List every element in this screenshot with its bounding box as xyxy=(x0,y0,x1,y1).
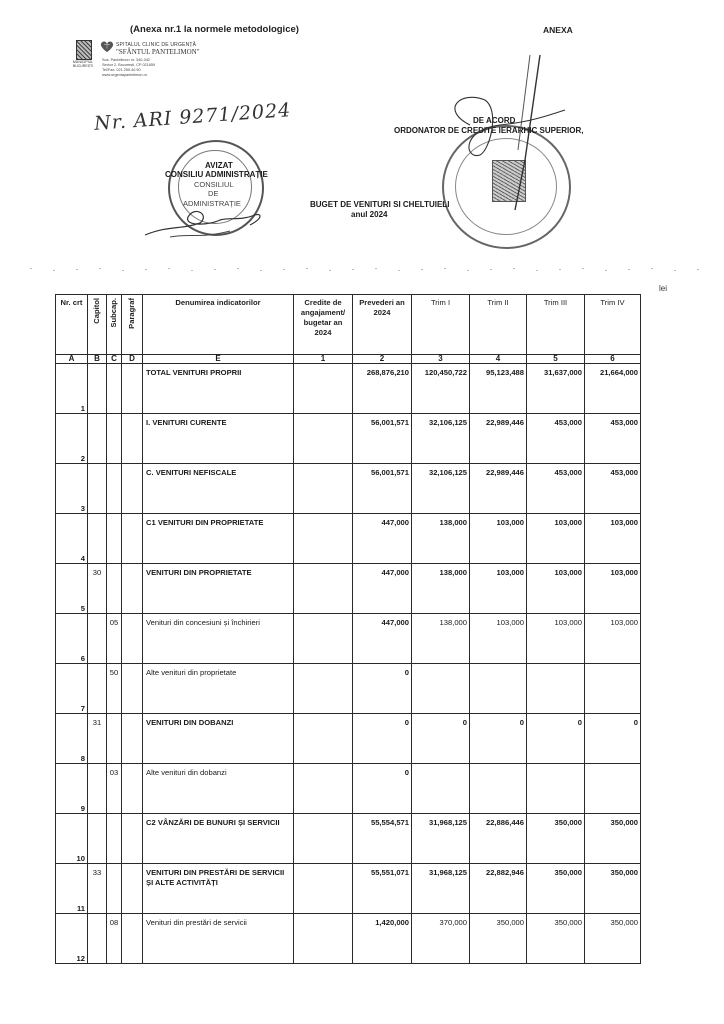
trim3-cell: 103,000 xyxy=(527,514,585,564)
prevederi-cell: 55,551,071 xyxy=(353,864,412,914)
trim2-cell: 95,123,488 xyxy=(470,364,527,414)
indicator-name: VENITURI DIN DOBANZI xyxy=(143,714,294,764)
credite-cell xyxy=(294,364,353,414)
stamp-avizat: AVIZAT xyxy=(205,161,233,170)
row-number: 8 xyxy=(56,714,88,764)
trim1-cell: 31,968,125 xyxy=(412,864,470,914)
scan-artifact xyxy=(168,268,170,269)
paragraf-cell xyxy=(122,414,143,464)
col-code: 3 xyxy=(412,355,470,364)
subcap-cell: 05 xyxy=(107,614,122,664)
crest-label: MUNICIPIUL BUCUREȘTI xyxy=(71,60,95,68)
paragraf-cell xyxy=(122,714,143,764)
credite-cell xyxy=(294,814,353,864)
table-row: 1133VENITURI DIN PRESTĂRI DE SERVICII ȘI… xyxy=(56,864,641,914)
trim4-cell: 103,000 xyxy=(585,564,641,614)
col-header-denumirea: Denumirea indicatorilor xyxy=(143,295,294,355)
trim1-cell xyxy=(412,664,470,714)
trim1-cell: 0 xyxy=(412,714,470,764)
prevederi-cell: 55,554,571 xyxy=(353,814,412,864)
paragraf-cell xyxy=(122,514,143,564)
credite-cell xyxy=(294,614,353,664)
scan-artifact xyxy=(99,268,101,269)
col-header-paragraf-label: Paragraf xyxy=(127,298,137,329)
row-number: 2 xyxy=(56,414,88,464)
col-header-subcap-label: Subcap. xyxy=(109,298,119,328)
table-row: 2I. VENITURI CURENTE56,001,57132,106,125… xyxy=(56,414,641,464)
trim4-cell: 103,000 xyxy=(585,514,641,564)
indicator-name: VENITURI DIN PRESTĂRI DE SERVICII ȘI ALT… xyxy=(143,864,294,914)
row-number: 10 xyxy=(56,814,88,864)
annex-note: (Anexa nr.1 la normele metodologice) xyxy=(130,24,299,35)
table-row: 1208Venituri din prestări de servicii1,4… xyxy=(56,914,641,964)
budget-title: BUGET DE VENITURI SI CHELTUIELI xyxy=(310,200,449,209)
credite-cell xyxy=(294,764,353,814)
paragraf-cell xyxy=(122,364,143,414)
col-code: E xyxy=(143,355,294,364)
scan-artifact xyxy=(651,268,653,269)
trim3-cell xyxy=(527,764,585,814)
trim1-cell: 31,968,125 xyxy=(412,814,470,864)
capitol-cell xyxy=(88,614,107,664)
coat-of-arms-icon xyxy=(76,40,92,60)
prevederi-cell: 0 xyxy=(353,664,412,714)
row-number: 5 xyxy=(56,564,88,614)
capitol-cell xyxy=(88,464,107,514)
signature-left-icon xyxy=(140,195,270,240)
trim2-cell: 103,000 xyxy=(470,614,527,664)
trim3-cell: 0 xyxy=(527,714,585,764)
trim1-cell: 32,106,125 xyxy=(412,414,470,464)
table-row: 530VENITURI DIN PROPRIETATE447,000138,00… xyxy=(56,564,641,614)
capitol-cell xyxy=(88,914,107,964)
row-number: 12 xyxy=(56,914,88,964)
subcap-cell: 50 xyxy=(107,664,122,714)
credite-cell xyxy=(294,464,353,514)
paragraf-cell xyxy=(122,864,143,914)
trim2-cell: 103,000 xyxy=(470,514,527,564)
col-code: A xyxy=(56,355,88,364)
credite-cell xyxy=(294,914,353,964)
subcap-cell xyxy=(107,864,122,914)
capitol-cell xyxy=(88,814,107,864)
col-header-capitol-label: Capitol xyxy=(92,298,102,324)
hospital-logo-icon xyxy=(100,40,114,53)
capitol-cell xyxy=(88,414,107,464)
paragraf-cell xyxy=(122,914,143,964)
subcap-cell xyxy=(107,714,122,764)
scan-artifact xyxy=(628,269,630,270)
trim3-cell xyxy=(527,664,585,714)
trim2-cell: 22,882,946 xyxy=(470,864,527,914)
prevederi-cell: 0 xyxy=(353,764,412,814)
row-number: 3 xyxy=(56,464,88,514)
indicator-name: Venituri din concesiuni și închirieri xyxy=(143,614,294,664)
row-number: 7 xyxy=(56,664,88,714)
indicator-name: VENITURI DIN PROPRIETATE xyxy=(143,564,294,614)
col-code: 2 xyxy=(353,355,412,364)
scan-artifact xyxy=(352,269,354,270)
scan-artifact xyxy=(306,268,308,269)
registration-number: Nr. ARI 9271/2024 xyxy=(93,99,291,135)
trim4-cell: 103,000 xyxy=(585,614,641,664)
table-row: 4C1 VENITURI DIN PROPRIETATE447,000138,0… xyxy=(56,514,641,564)
scan-artifact xyxy=(260,270,262,271)
capitol-cell: 31 xyxy=(88,714,107,764)
col-code: 6 xyxy=(585,355,641,364)
stamp-consiliul: CONSILIUL xyxy=(194,180,234,189)
prevederi-cell: 1,420,000 xyxy=(353,914,412,964)
col-header-capitol: Capitol xyxy=(88,295,107,355)
credite-cell xyxy=(294,414,353,464)
row-number: 11 xyxy=(56,864,88,914)
prevederi-cell: 447,000 xyxy=(353,514,412,564)
subcap-cell xyxy=(107,564,122,614)
credite-cell xyxy=(294,514,353,564)
col-header-prevederi: Prevederi an 2024 xyxy=(353,295,412,355)
trim3-cell: 453,000 xyxy=(527,414,585,464)
subcap-cell xyxy=(107,814,122,864)
trim2-cell: 22,989,446 xyxy=(470,414,527,464)
col-header-subcap: Subcap. xyxy=(107,295,122,355)
trim2-cell xyxy=(470,664,527,714)
trim4-cell xyxy=(585,764,641,814)
table-row: 10C2 VÂNZĂRI DE BUNURI ȘI SERVICII55,554… xyxy=(56,814,641,864)
indicator-name: C1 VENITURI DIN PROPRIETATE xyxy=(143,514,294,564)
scan-artifact xyxy=(444,268,446,269)
prevederi-cell: 447,000 xyxy=(353,614,412,664)
row-number: 1 xyxy=(56,364,88,414)
col-header-trim3: Trim III xyxy=(527,295,585,355)
scan-artifact xyxy=(421,269,423,270)
trim3-cell: 350,000 xyxy=(527,814,585,864)
col-header-trim4: Trim IV xyxy=(585,295,641,355)
trim1-cell: 120,450,722 xyxy=(412,364,470,414)
paragraf-cell xyxy=(122,664,143,714)
trim4-cell: 21,664,000 xyxy=(585,364,641,414)
scan-artifact xyxy=(375,268,377,269)
scan-artifact xyxy=(53,270,55,271)
subcap-cell: 08 xyxy=(107,914,122,964)
subcap-cell xyxy=(107,464,122,514)
trim3-cell: 350,000 xyxy=(527,864,585,914)
trim4-cell: 0 xyxy=(585,714,641,764)
stamp-consiliu-administratie: CONSILIU ADMINISTRAȚIE xyxy=(165,170,268,179)
indicator-name: Alte venituri din dobanzi xyxy=(143,764,294,814)
indicator-name: TOTAL VENITURI PROPRII xyxy=(143,364,294,414)
signature-right-icon xyxy=(440,30,570,215)
trim4-cell: 453,000 xyxy=(585,414,641,464)
prevederi-cell: 268,876,210 xyxy=(353,364,412,414)
capitol-cell: 33 xyxy=(88,864,107,914)
trim4-cell: 350,000 xyxy=(585,914,641,964)
scan-artifact xyxy=(145,269,147,270)
prevederi-cell: 56,001,571 xyxy=(353,464,412,514)
table-row: 3C. VENITURI NEFISCALE56,001,57132,106,1… xyxy=(56,464,641,514)
trim1-cell: 138,000 xyxy=(412,514,470,564)
scan-artifact xyxy=(674,270,676,271)
subcap-cell xyxy=(107,514,122,564)
trim2-cell: 22,886,446 xyxy=(470,814,527,864)
col-header-credite: Credite de angajament/ bugetar an 2024 xyxy=(294,295,353,355)
subcap-cell xyxy=(107,364,122,414)
capitol-cell xyxy=(88,514,107,564)
prevederi-cell: 0 xyxy=(353,714,412,764)
table-body: 1TOTAL VENITURI PROPRII268,876,210120,45… xyxy=(56,364,641,964)
scan-artifact xyxy=(513,268,515,269)
trim2-cell xyxy=(470,764,527,814)
paragraf-cell xyxy=(122,814,143,864)
capitol-cell xyxy=(88,764,107,814)
hospital-name-line2: "SFÂNTUL PANTELIMON" xyxy=(116,48,200,56)
scan-artifact xyxy=(283,269,285,270)
paragraf-cell xyxy=(122,464,143,514)
col-header-trim1: Trim I xyxy=(412,295,470,355)
col-header-trim2: Trim II xyxy=(470,295,527,355)
trim1-cell: 138,000 xyxy=(412,614,470,664)
indicator-name: C2 VÂNZĂRI DE BUNURI ȘI SERVICII xyxy=(143,814,294,864)
row-number: 9 xyxy=(56,764,88,814)
scan-artifact xyxy=(536,270,538,271)
scan-artifact xyxy=(214,269,216,270)
trim1-cell: 138,000 xyxy=(412,564,470,614)
hospital-address: Sos. Pantelimon nr. 340-342 Sector 2, Bu… xyxy=(102,58,155,78)
trim4-cell xyxy=(585,664,641,714)
prevederi-cell: 56,001,571 xyxy=(353,414,412,464)
trim3-cell: 103,000 xyxy=(527,614,585,664)
budget-table: Nr. crt Capitol Subcap. Paragraf Denumir… xyxy=(55,294,641,964)
subcap-cell: 03 xyxy=(107,764,122,814)
trim3-cell: 103,000 xyxy=(527,564,585,614)
prevederi-cell: 447,000 xyxy=(353,564,412,614)
col-code: C xyxy=(107,355,122,364)
trim3-cell: 350,000 xyxy=(527,914,585,964)
table-row: 1TOTAL VENITURI PROPRII268,876,210120,45… xyxy=(56,364,641,414)
trim4-cell: 350,000 xyxy=(585,864,641,914)
indicator-name: Alte venituri din proprietate xyxy=(143,664,294,714)
trim2-cell: 103,000 xyxy=(470,564,527,614)
credite-cell xyxy=(294,714,353,764)
address-line: www.urgentapantelimon.ro xyxy=(102,73,155,78)
subcap-cell xyxy=(107,414,122,464)
trim1-cell xyxy=(412,764,470,814)
col-header-nr: Nr. crt xyxy=(56,295,88,355)
trim2-cell: 350,000 xyxy=(470,914,527,964)
credite-cell xyxy=(294,664,353,714)
col-code: 4 xyxy=(470,355,527,364)
col-code: 1 xyxy=(294,355,353,364)
row-number: 4 xyxy=(56,514,88,564)
currency-unit: lei xyxy=(659,284,667,293)
table-row: 831VENITURI DIN DOBANZI00000 xyxy=(56,714,641,764)
trim1-cell: 32,106,125 xyxy=(412,464,470,514)
capitol-cell xyxy=(88,664,107,714)
table-row: 605Venituri din concesiuni și închirieri… xyxy=(56,614,641,664)
col-code: B xyxy=(88,355,107,364)
capitol-cell: 30 xyxy=(88,564,107,614)
row-number: 6 xyxy=(56,614,88,664)
column-code-row: A B C D E 1 2 3 4 5 6 xyxy=(56,355,641,364)
paragraf-cell xyxy=(122,614,143,664)
credite-cell xyxy=(294,864,353,914)
trim3-cell: 453,000 xyxy=(527,464,585,514)
trim3-cell: 31,637,000 xyxy=(527,364,585,414)
trim1-cell: 370,000 xyxy=(412,914,470,964)
capitol-cell xyxy=(88,364,107,414)
scan-artifact xyxy=(76,269,78,270)
indicator-name: I. VENITURI CURENTE xyxy=(143,414,294,464)
scan-artifact xyxy=(191,270,193,271)
trim4-cell: 453,000 xyxy=(585,464,641,514)
budget-year: anul 2024 xyxy=(351,210,387,219)
indicator-name: Venituri din prestări de servicii xyxy=(143,914,294,964)
scan-artifact xyxy=(329,270,331,271)
paragraf-cell xyxy=(122,564,143,614)
scan-artifact xyxy=(559,269,561,270)
scan-artifact xyxy=(605,270,607,271)
scan-artifact xyxy=(237,268,239,269)
scan-artifact xyxy=(582,268,584,269)
scan-artifact xyxy=(697,269,699,270)
paragraf-cell xyxy=(122,764,143,814)
scan-artifact xyxy=(467,270,469,271)
scan-artifact xyxy=(490,269,492,270)
table-row: 903Alte venituri din dobanzi0 xyxy=(56,764,641,814)
indicator-name: C. VENITURI NEFISCALE xyxy=(143,464,294,514)
col-header-paragraf: Paragraf xyxy=(122,295,143,355)
trim2-cell: 0 xyxy=(470,714,527,764)
credite-cell xyxy=(294,564,353,614)
table-header-row: Nr. crt Capitol Subcap. Paragraf Denumir… xyxy=(56,295,641,355)
scan-artifact xyxy=(30,268,32,269)
scan-artifact xyxy=(398,270,400,271)
trim4-cell: 350,000 xyxy=(585,814,641,864)
col-code: D xyxy=(122,355,143,364)
scan-artifact xyxy=(122,270,124,271)
col-code: 5 xyxy=(527,355,585,364)
table-row: 750Alte venituri din proprietate0 xyxy=(56,664,641,714)
trim2-cell: 22,989,446 xyxy=(470,464,527,514)
